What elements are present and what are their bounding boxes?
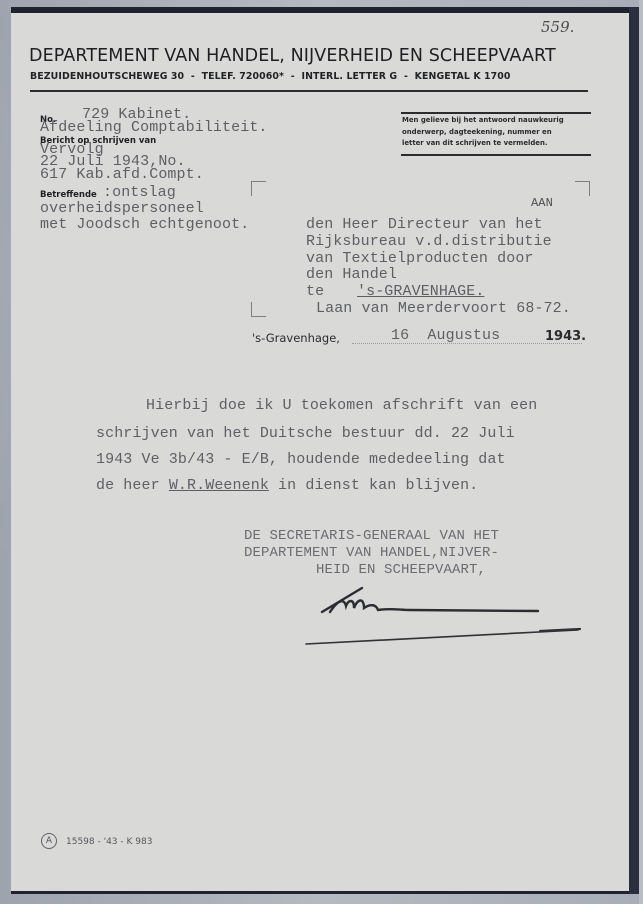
body-line-2: schrijven van het Duitsche bestuur dd. 2…	[96, 425, 515, 442]
address-window-corner	[251, 181, 266, 196]
signature-title-line-2: DEPARTEMENT VAN HANDEL,NIJVER-	[244, 545, 499, 561]
notice-line: letter van dit schrijven te vermelden.	[402, 138, 590, 150]
scan-edge	[639, 0, 643, 904]
print-code: 15598 - '43 - K 983	[66, 837, 152, 847]
bericht-line-3: 617 Kab.afd.Compt.	[40, 166, 204, 183]
dateline-year: 1943.	[545, 329, 586, 344]
letterhead-rule	[30, 90, 588, 92]
signature-title-line-1: DE SECRETARIS-GENERAAL VAN HET	[244, 528, 499, 544]
addressee-street: Laan van Meerdervoort 68-72.	[316, 300, 571, 317]
addressee-line-3: van Textielproducten door	[306, 250, 534, 267]
notice-line: onderwerp, dagteekening, nummer en	[402, 127, 590, 139]
addressee-line-4: den Handel	[306, 266, 397, 283]
aan-label: AAN	[531, 196, 553, 210]
te-label: te	[306, 283, 324, 300]
addressee-city: 's-GRAVENHAGE.	[357, 283, 484, 300]
handwritten-signature	[300, 580, 590, 650]
address-window-corner	[251, 302, 266, 317]
subject-line-3: met Joodsch echtgenoot.	[40, 216, 249, 233]
archive-number: 559.	[541, 18, 574, 36]
body-line-3: 1943 Ve 3b/43 - E/B, houdende mededeelin…	[96, 451, 506, 468]
dateline-place: 's-Gravenhage,	[252, 331, 340, 345]
department-name: Afdeeling Comptabiliteit.	[40, 119, 268, 136]
addressee-line-1: den Heer Directeur van het	[306, 216, 543, 233]
signature-title-line-3: HEID EN SCHEEPVAART,	[316, 562, 486, 578]
address-window-corner	[575, 181, 590, 196]
body-line-4-suffix: in dienst kan blijven.	[269, 477, 478, 494]
addressee-line-2: Rijksbureau v.d.distributie	[306, 233, 552, 250]
letterhead-title: DEPARTEMENT VAN HANDEL, NIJVERHEID EN SC…	[29, 46, 556, 66]
subject-line-1: :ontslag	[103, 184, 176, 201]
notice-line: Men gelieve bij het antwoord nauwkeurig	[402, 115, 590, 127]
body-line-4-prefix: de heer	[96, 477, 169, 494]
reply-instructions-box: Men gelieve bij het antwoord nauwkeurig …	[401, 112, 591, 156]
dateline-day-month: 16 Augustus	[391, 327, 500, 344]
subject-line-2: overheidspersoneel	[40, 200, 204, 217]
body-line-4: de heer W.R.Weenenk in dienst kan blijve…	[96, 477, 478, 494]
scan-edge-shadow	[629, 7, 639, 894]
printer-logo-icon: A	[41, 833, 57, 849]
subject-label: Betreffende	[40, 190, 97, 200]
person-name: W.R.Weenenk	[169, 477, 269, 494]
letterhead-address: BEZUIDENHOUTSCHEWEG 30 - TELEF. 720060* …	[30, 71, 511, 82]
body-line-1: Hierbij doe ik U toekomen afschrift van …	[146, 397, 537, 414]
